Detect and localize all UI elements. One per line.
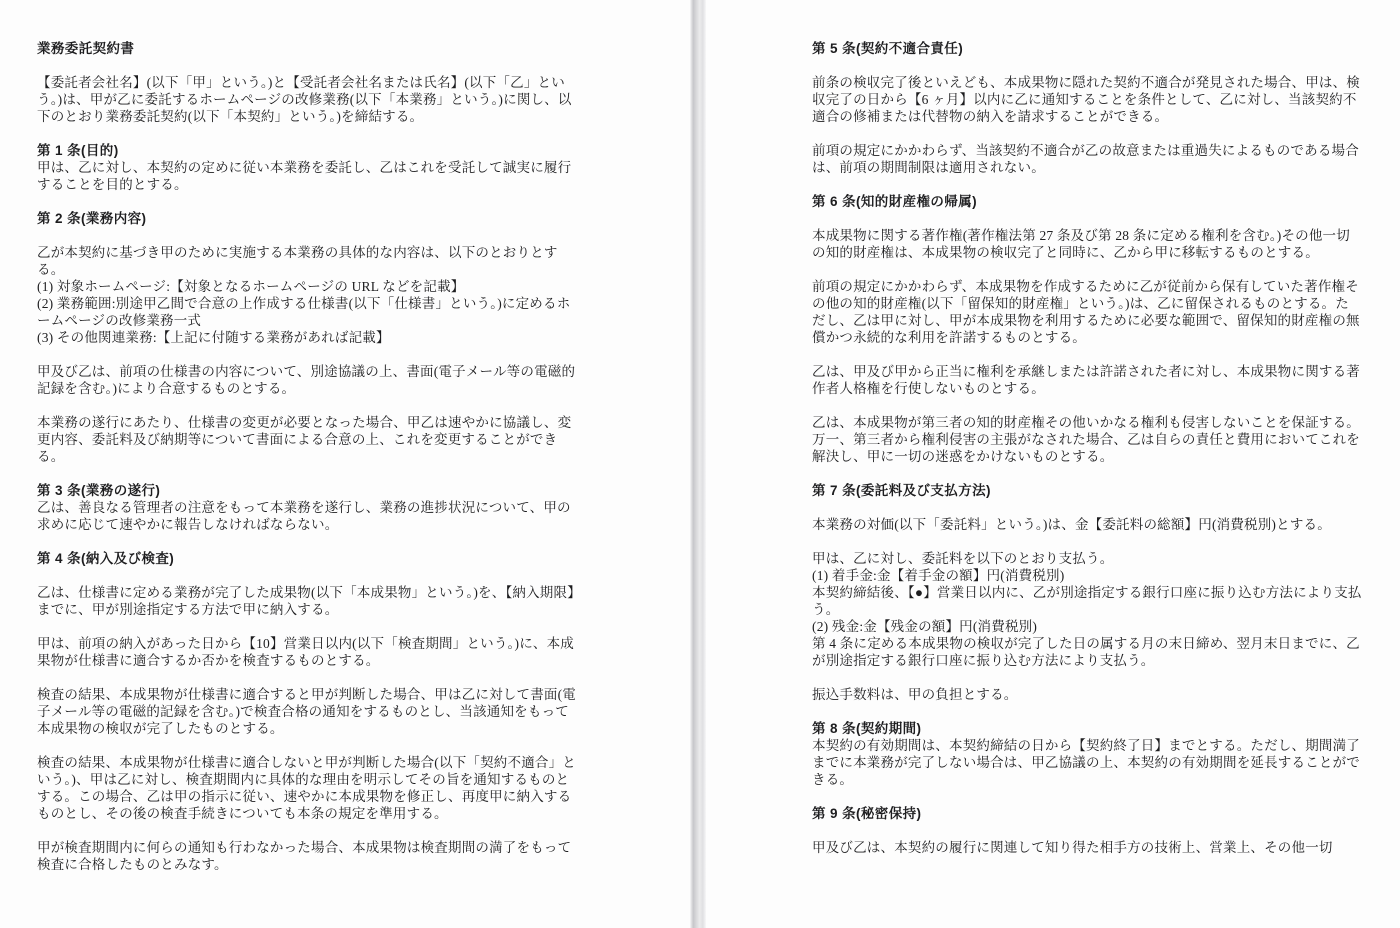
contract-paragraph: 本業務の対価(以下「委託料」という。)は、金【委託料の総額】円(消費税別)とする… xyxy=(812,516,1362,533)
contract-paragraph: 本業務の遂行にあたり、仕様書の変更が必要となった場合、甲乙は速やかに協議し、変更… xyxy=(37,414,581,465)
contract-paragraph: 甲は、乙に対し、委託料を以下のとおり支払う。 (1) 着手金:金【着手金の額】円… xyxy=(812,550,1362,669)
contract-paragraph: 甲及び乙は、前項の仕様書の内容について、別途協議の上、書面(電子メール等の電磁的… xyxy=(37,363,581,397)
contract-paragraph: 甲は、前項の納入があった日から【10】営業日以内(以下「検査期間」という。)に、… xyxy=(37,635,581,669)
contract-paragraph: 前項の規定にかかわらず、当該契約不適合が乙の故意または重過失によるものである場合… xyxy=(812,142,1362,176)
contract-paragraph: 甲が検査期間内に何らの通知も行わなかった場合、本成果物は検査期間の満了をもって検… xyxy=(37,839,581,873)
contract-paragraph: 本成果物に関する著作権(著作権法第 27 条及び第 28 条に定める権利を含む。… xyxy=(812,227,1362,261)
contract-paragraph: 検査の結果、本成果物が仕様書に適合すると甲が判断した場合、甲は乙に対して書面(電… xyxy=(37,686,581,737)
contract-paragraph: 甲は、乙に対し、本契約の定めに従い本業務を委託し、乙はこれを受託して誠実に履行す… xyxy=(37,159,581,193)
clause-heading: 第 1 条(目的) xyxy=(37,142,581,159)
page-2: 第 5 条(契約不適合責任)前条の検収完了後といえども、本成果物に隠れた契約不適… xyxy=(706,0,1400,928)
clause-heading: 第 2 条(業務内容) xyxy=(37,210,581,227)
clause-heading: 第 8 条(契約期間) xyxy=(812,720,1362,737)
contract-paragraph: 振込手数料は、甲の負担とする。 xyxy=(812,686,1362,703)
contract-paragraph: 前項の規定にかかわらず、本成果物を作成するために乙が従前から保有していた著作権そ… xyxy=(812,278,1362,346)
clause-heading: 第 3 条(業務の遂行) xyxy=(37,482,581,499)
contract-paragraph: 検査の結果、本成果物が仕様書に適合しないと甲が判断した場合(以下「契約不適合」と… xyxy=(37,754,581,822)
clause-heading: 第 9 条(秘密保持) xyxy=(812,805,1362,822)
page-gutter xyxy=(690,0,706,928)
contract-paragraph: 前条の検収完了後といえども、本成果物に隠れた契約不適合が発見された場合、甲は、検… xyxy=(812,74,1362,125)
document-title: 業務委託契約書 xyxy=(37,40,581,57)
contract-paragraph: 甲及び乙は、本契約の履行に関連して知り得た相手方の技術上、営業上、その他一切 xyxy=(812,839,1362,856)
document-spread[interactable]: 業務委託契約書【委託者会社名】(以下「甲」という。)と【受託者会社名または氏名】… xyxy=(0,0,1400,928)
contract-paragraph: 乙は、甲及び甲から正当に権利を承継しまたは許諾された者に対し、本成果物に関する著… xyxy=(812,363,1362,397)
contract-paragraph: 乙は、本成果物が第三者の知的財産権その他いかなる権利も侵害しないことを保証する。… xyxy=(812,414,1362,465)
contract-paragraph: 乙は、善良なる管理者の注意をもって本業務を遂行し、業務の進捗状況について、甲の求… xyxy=(37,499,581,533)
page-1: 業務委託契約書【委託者会社名】(以下「甲」という。)と【受託者会社名または氏名】… xyxy=(0,0,690,928)
page-2-content: 第 5 条(契約不適合責任)前条の検収完了後といえども、本成果物に隠れた契約不適… xyxy=(812,40,1362,856)
clause-heading: 第 4 条(納入及び検査) xyxy=(37,550,581,567)
contract-paragraph: 本契約の有効期間は、本契約締結の日から【契約終了日】までとする。ただし、期間満了… xyxy=(812,737,1362,788)
contract-paragraph: 乙は、仕様書に定める業務が完了した成果物(以下「本成果物」という。)を、【納入期… xyxy=(37,584,581,618)
contract-paragraph: 乙が本契約に基づき甲のために実施する本業務の具体的な内容は、以下のとおりとする。… xyxy=(37,244,581,346)
page-1-content: 業務委託契約書【委託者会社名】(以下「甲」という。)と【受託者会社名または氏名】… xyxy=(37,40,581,873)
clause-heading: 第 6 条(知的財産権の帰属) xyxy=(812,193,1362,210)
clause-heading: 第 5 条(契約不適合責任) xyxy=(812,40,1362,57)
contract-paragraph: 【委託者会社名】(以下「甲」という。)と【受託者会社名または氏名】(以下「乙」と… xyxy=(37,74,581,125)
clause-heading: 第 7 条(委託料及び支払方法) xyxy=(812,482,1362,499)
